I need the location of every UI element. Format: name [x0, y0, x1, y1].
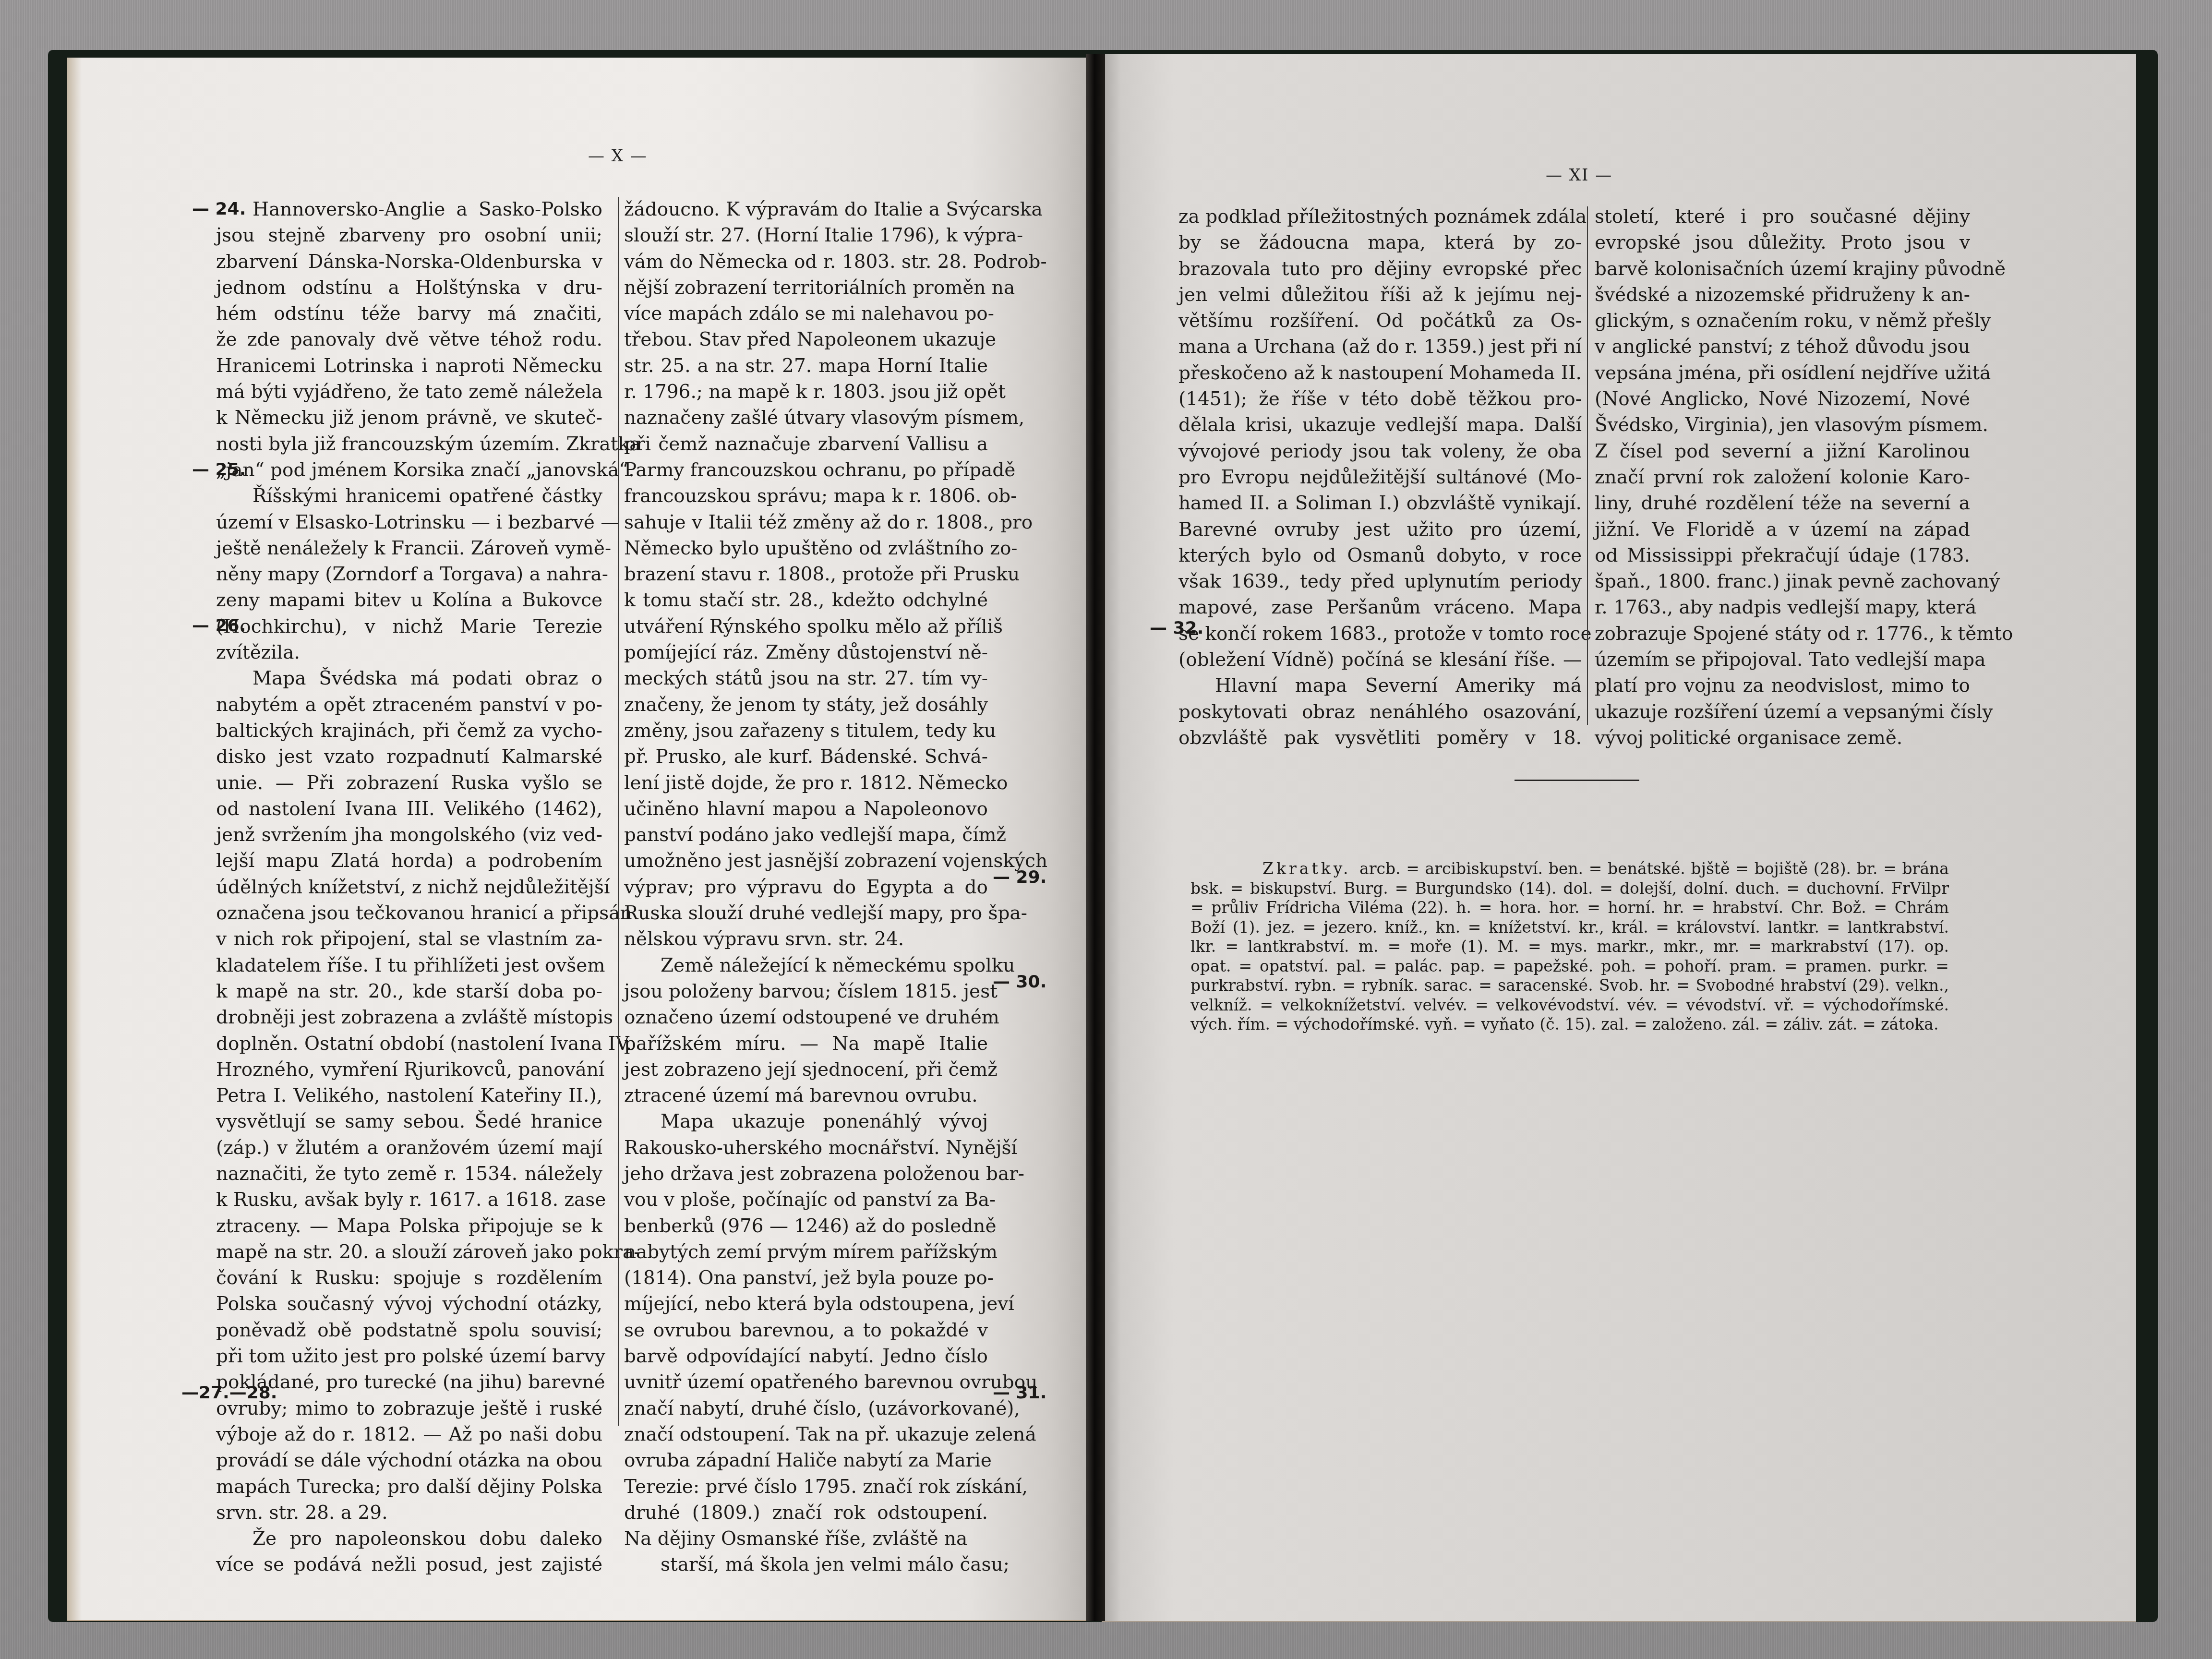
- text-line: pomíjející ráz. Změny důstojenství ně-: [624, 640, 988, 666]
- text-line: (Nové Anglicko, Nové Nizozemí, Nové: [1595, 386, 1970, 412]
- text-line: vývojové periody jsou tak voleny, že oba: [1178, 439, 1582, 465]
- section-divider: [1515, 780, 1639, 781]
- text-line: Hrozného, vymření Rjurikovců, panování: [216, 1057, 602, 1083]
- text-line: v nich rok připojení, stal se vlastním z…: [216, 926, 602, 952]
- text-line: změny, jsou zařazeny s titulem, tedy ku: [624, 718, 988, 744]
- text-line: Hannoversko-Anglie a Sasko-Polsko: [216, 197, 602, 223]
- text-line: mana a Urchana (až do r. 1359.) jest při…: [1178, 334, 1582, 360]
- text-line: Parmy francouzskou ochranu, po případě: [624, 457, 988, 483]
- text-line: baltických krajinách, při čemž za vycho-: [216, 718, 602, 744]
- text-line: naznačiti, že tyto země r. 1534. náležel…: [216, 1161, 602, 1187]
- text-line: jsou stejně zbarveny pro osobní unii;: [216, 223, 602, 249]
- text-line: str. 25. a na str. 27. mapa Horní Italie: [624, 353, 988, 379]
- abbreviation-line: vých. řím. = východořímské. vyň. = vyňat…: [1190, 1015, 1949, 1034]
- text-line: jest zobrazeno její sjednocení, při čemž: [624, 1057, 988, 1083]
- margin-marker-26: — 26.: [192, 616, 246, 636]
- text-line: od Mississippi překračují údaje (1783.: [1595, 543, 1970, 569]
- text-line: jednom odstínu a Holštýnska v dru-: [216, 275, 602, 301]
- text-line: nabytých zemí prvým mírem pařížským: [624, 1239, 988, 1265]
- margin-marker-24: — 24.: [192, 199, 246, 219]
- abbreviation-line: velkníž. = velkoknížetství. velvév. = ve…: [1190, 996, 1949, 1015]
- text-line: při tom užito jest pro polské území barv…: [216, 1344, 602, 1370]
- left-column-1: Hannoversko-Anglie a Sasko-Polskojsou st…: [216, 197, 602, 1578]
- text-line: v anglické panství; z téhož důvodu jsou: [1595, 334, 1970, 360]
- text-line: poskytovati obraz nenáhlého osazování,: [1178, 699, 1582, 725]
- text-line: nosti byla již francouzským územím. Zkra…: [216, 432, 602, 457]
- text-line: má býti vyjádřeno, že tato země náležela: [216, 379, 602, 405]
- margin-marker-29: — 29.: [993, 867, 1046, 887]
- text-line: kterých bylo od Osmanů dobyto, v roce: [1178, 543, 1582, 569]
- abbreviation-line: lkr. = lantkrabství. m. = moře (1). M. =…: [1190, 937, 1949, 957]
- text-line: učiněno hlavní mapou a Napoleonovo: [624, 796, 988, 822]
- text-line: pro Evropu nejdůležitější sultánové (Mo-: [1178, 465, 1582, 491]
- text-line: „jan“ pod jménem Korsika značí „janovská…: [216, 457, 602, 483]
- right-column-2: století, které i pro současné dějinyevro…: [1595, 204, 1970, 751]
- text-line: žádoucno. K výpravám do Italie a Svýcars…: [624, 197, 988, 223]
- text-line: dělala krisi, ukazuje vedlejší mapa. Dal…: [1178, 412, 1582, 438]
- text-line: utváření Rýnského spolku mělo až příliš: [624, 614, 988, 640]
- abbreviation-text: arcb. = arcibiskupství. ben. = benátské.…: [1359, 859, 1949, 878]
- text-line: barvě kolonisačních území krajiny původn…: [1595, 256, 1970, 282]
- text-line: provádí se dále východní otázka na obou: [216, 1448, 602, 1474]
- text-line: ztracené území má barevnou ovrubu.: [624, 1083, 988, 1109]
- text-line: drobněji jest zobrazena a zvláště místop…: [216, 1005, 602, 1031]
- text-line: mapě na str. 20. a slouží zároveň jako p…: [216, 1239, 602, 1265]
- text-line: evropské jsou důležity. Proto jsou v: [1595, 230, 1970, 256]
- text-line: nější zobrazení territoriálních proměn n…: [624, 275, 988, 301]
- text-line: míjející, nebo která byla odstoupena, je…: [624, 1291, 988, 1317]
- text-line: brazení stavu r. 1808., protože při Prus…: [624, 562, 988, 588]
- text-line: Že pro napoleonskou dobu daleko: [216, 1526, 602, 1552]
- text-line: vám do Německa od r. 1803. str. 28. Podr…: [624, 249, 988, 275]
- text-line: naznačeny zašlé útvary vlasovým písmem,: [624, 405, 988, 431]
- text-line: však 1639., tedy před uplynutím periody: [1178, 569, 1582, 595]
- text-line: jsou položeny barvou; číslem 1815. jest: [624, 979, 988, 1005]
- text-line: pařížském míru. — Na mapě Italie: [624, 1031, 988, 1057]
- text-line: vysvětlují se samy sebou. Šedé hranice: [216, 1109, 602, 1135]
- text-line: uvnitř území opatřeného barevnou ovrubou: [624, 1370, 988, 1395]
- text-line: disko jest vzato rozpadnutí Kalmarské: [216, 744, 602, 770]
- text-line: nělskou výpravu srvn. str. 24.: [624, 926, 988, 952]
- text-line: Rakousko-uherského mocnářství. Nynější: [624, 1135, 988, 1161]
- text-line: poněvadž obě podstatně spolu souvisí;: [216, 1318, 602, 1344]
- text-line: druhé (1809.) značí rok odstoupení.: [624, 1500, 988, 1526]
- text-line: (1814). Ona panství, jež byla pouze po-: [624, 1265, 988, 1291]
- text-line: více se podává nežli posud, jest zajisté: [216, 1552, 602, 1578]
- text-line: (záp.) v žlutém a oranžovém území mají: [216, 1135, 602, 1161]
- text-line: platí pro vojnu za neodvislost, mimo to: [1595, 673, 1970, 699]
- text-line: Z čísel pod severní a jižní Karolinou: [1595, 439, 1970, 465]
- text-line: od nastolení Ivana III. Velikého (1462),: [216, 796, 602, 822]
- text-line: srvn. str. 28. a 29.: [216, 1500, 602, 1526]
- text-line: značeny, že jenom ty státy, jež dosáhly: [624, 692, 988, 718]
- text-line: čování k Rusku: spojuje s rozdělením: [216, 1265, 602, 1291]
- text-line: označena jsou tečkovanou hranicí a přips…: [216, 901, 602, 926]
- text-line: většímu rozšíření. Od počátků za Os-: [1178, 308, 1582, 334]
- margin-marker-27-28: —27.—28.: [181, 1383, 277, 1403]
- text-line: lejší mapu Zlatá horda) a podrobením: [216, 848, 602, 874]
- text-line: údělných knížetství, z nichž nejdůležitě…: [216, 875, 602, 901]
- text-line: ztraceny. — Mapa Polska připojuje se k: [216, 1214, 602, 1239]
- text-line: územím se připojoval. Tato vedlejší mapa: [1595, 647, 1970, 673]
- text-line: Hlavní mapa Severní Ameriky má: [1178, 673, 1582, 699]
- abbreviation-line: Boží (1). jez. = jezero. kníž., kn. = kn…: [1190, 918, 1949, 938]
- text-line: Ruska slouží druhé vedlejší mapy, pro šp…: [624, 901, 988, 926]
- text-line: by se žádoucna mapa, která by zo-: [1178, 230, 1582, 256]
- margin-marker-25: — 25.: [192, 460, 246, 480]
- text-line: se končí rokem 1683., protože v tomto ro…: [1178, 621, 1582, 647]
- text-line: Říšskými hranicemi opatřené částky: [216, 483, 602, 509]
- abbreviation-line: opat. = opatství. pal. = palác. pap. = p…: [1190, 957, 1949, 976]
- text-line: r. 1763., aby nadpis vedlejší mapy, kter…: [1595, 595, 1970, 621]
- abbreviations-heading: Zkratky.: [1262, 859, 1359, 878]
- text-line: benberků (976 — 1246) až do posledně: [624, 1214, 988, 1239]
- text-line: k Rusku, avšak byly r. 1617. a 1618. zas…: [216, 1187, 602, 1213]
- text-line: značí nabytí, druhé číslo, (uzávorkované…: [624, 1396, 988, 1422]
- text-line: liny, druhé rozdělení téže na severní a: [1595, 491, 1970, 517]
- text-line: více mapách zdálo se mi nalehavou po-: [624, 301, 988, 327]
- text-line: vou v ploše, počínajíc od panství za Ba-: [624, 1187, 988, 1213]
- text-line: jižní. Ve Floridě a v území na západ: [1595, 517, 1970, 543]
- margin-marker-32: — 32.: [1150, 618, 1203, 638]
- text-line: př. Prusko, ale kurf. Bádenské. Schvá-: [624, 744, 988, 770]
- text-line: přeskočeno až k nastoupení Mohameda II.: [1178, 361, 1582, 386]
- text-line: výprav; pro výpravu do Egypta a do: [624, 875, 988, 901]
- abbreviation-line: Zkratky. arcb. = arcibiskupství. ben. = …: [1190, 859, 1949, 879]
- text-line: mapách Turecka; pro další dějiny Polska: [216, 1474, 602, 1500]
- text-line: že zde panovaly dvě větve téhož rodu.: [216, 327, 602, 353]
- text-line: zeny mapami bitev u Kolína a Bukovce: [216, 588, 602, 613]
- text-line: zbarvení Dánska-Norska-Oldenburska v: [216, 249, 602, 275]
- text-line: lení jistě dojde, že pro r. 1812. Německ…: [624, 770, 988, 796]
- text-line: značí první rok založení kolonie Karo-: [1595, 465, 1970, 491]
- text-line: za podklad příležitostných poznámek zdál…: [1178, 204, 1582, 230]
- page-number-left: — X —: [588, 146, 648, 166]
- text-line: kladatelem říše. I tu přihlížeti jest ov…: [216, 953, 602, 979]
- abbreviation-line: bsk. = biskupství. Burg. = Burgundsko (1…: [1190, 879, 1949, 899]
- page-number-right: — XI —: [1546, 166, 1612, 185]
- text-line: Terezie: prvé číslo 1795. značí rok získ…: [624, 1474, 988, 1500]
- text-line: umožněno jest jasnější zobrazení vojensk…: [624, 848, 988, 874]
- text-line: Švédsko, Virginia), jen vlasovým písmem.: [1595, 412, 1970, 438]
- text-line: Země náležející k německému spolku: [624, 953, 988, 979]
- margin-marker-30: — 30.: [993, 972, 1046, 992]
- text-line: francouzskou správu; mapa k r. 1806. ob-: [624, 483, 988, 509]
- text-line: Petra I. Velikého, nastolení Kateřiny II…: [216, 1083, 602, 1109]
- text-line: doplněn. Ostatní období (nastolení Ivana…: [216, 1031, 602, 1057]
- text-line: ještě nenáležely k Francii. Zároveň vymě…: [216, 536, 602, 562]
- text-line: ovruba západní Haliče nabytí za Marie: [624, 1448, 988, 1474]
- text-line: špaň., 1800. franc.) jinak pevně zachova…: [1595, 569, 1970, 595]
- text-line: panství podáno jako vedlejší mapa, čímž: [624, 822, 988, 848]
- text-line: třebou. Stav před Napoleonem ukazuje: [624, 327, 988, 353]
- text-line: glickým, s označením roku, v němž přešly: [1595, 308, 1970, 334]
- text-line: se ovrubou barevnou, a to pokaždé v: [624, 1318, 988, 1344]
- text-line: barvě odpovídající nabytí. Jedno číslo: [624, 1344, 988, 1370]
- text-line: (Hochkirchu), v nichž Marie Terezie: [216, 614, 602, 640]
- text-line: r. 1796.; na mapě k r. 1803. jsou již op…: [624, 379, 988, 405]
- text-line: švédské a nizozemské přidruženy k an-: [1595, 282, 1970, 308]
- text-line: označeno území odstoupené ve druhém: [624, 1005, 988, 1031]
- text-line: Německo bylo upuštěno od zvláštního zo-: [624, 536, 988, 562]
- text-line: ukazuje rozšíření území a vepsanými čísl…: [1595, 699, 1970, 725]
- abbreviation-line: = průliv Frídricha Viléma (22). h. = hor…: [1190, 898, 1949, 918]
- text-line: hamed II. a Soliman I.) obzvláště vynika…: [1178, 491, 1582, 517]
- text-line: výboje až do r. 1812. — Až po naši dobu: [216, 1422, 602, 1448]
- text-line: území v Elsasko-Lotrinsku — i bezbarvé —: [216, 510, 602, 536]
- text-line: jenž svržením jha mongolského (viz ved-: [216, 822, 602, 848]
- margin-marker-31: — 31.: [993, 1383, 1046, 1403]
- text-line: zobrazuje Spojené státy od r. 1776., k t…: [1595, 621, 1970, 647]
- column-divider: [618, 197, 619, 1426]
- text-line: (1451); že říše v této době těžkou pro-: [1178, 386, 1582, 412]
- text-line: obzvláště pak vysvětliti poměry v 18.: [1178, 725, 1582, 751]
- text-line: k Německu již jenom právně, ve skuteč-: [216, 405, 602, 431]
- text-line: (obležení Vídně) počíná se klesání říše.…: [1178, 647, 1582, 673]
- text-line: k tomu stačí str. 28., kdežto odchylné: [624, 588, 988, 613]
- text-line: unie. — Při zobrazení Ruska vyšlo se: [216, 770, 602, 796]
- abbreviations-block: Zkratky. arcb. = arcibiskupství. ben. = …: [1190, 859, 1949, 1034]
- book-gutter: [1086, 54, 1105, 1621]
- text-line: hém odstínu téže barvy má značiti,: [216, 301, 602, 327]
- text-line: Barevné ovruby jest užito pro území,: [1178, 517, 1582, 543]
- text-line: Polska současný vývoj východní otázky,: [216, 1291, 602, 1317]
- text-line: brazovala tuto pro dějiny evropské přec: [1178, 256, 1582, 282]
- text-line: meckých států jsou na str. 27. tím vy-: [624, 666, 988, 692]
- text-line: nabytém a opět ztraceném panství v po-: [216, 692, 602, 718]
- text-line: značí odstoupení. Tak na př. ukazuje zel…: [624, 1422, 988, 1448]
- text-line: něny mapy (Zorndorf a Torgava) a nahra-: [216, 562, 602, 588]
- text-line: starší, má škola jen velmi málo času;: [624, 1552, 988, 1578]
- text-line: k mapě na str. 20., kde starší doba po-: [216, 979, 602, 1005]
- left-column-2: žádoucno. K výpravám do Italie a Svýcars…: [624, 197, 988, 1578]
- text-line: při čemž naznačuje zbarvení Vallisu a: [624, 432, 988, 457]
- right-column-1: za podklad příležitostných poznámek zdál…: [1178, 204, 1582, 751]
- column-divider: [1587, 206, 1588, 725]
- text-line: slouží str. 27. (Horní Italie 1796), k v…: [624, 223, 988, 249]
- text-line: století, které i pro současné dějiny: [1595, 204, 1970, 230]
- text-line: vepsána jména, při osídlení nejdříve uži…: [1595, 361, 1970, 386]
- text-line: Mapa ukazuje ponenáhlý vývoj: [624, 1109, 988, 1135]
- text-line: Na dějiny Osmanské říše, zvláště na: [624, 1526, 988, 1552]
- text-line: Hranicemi Lotrinska i naproti Německu: [216, 353, 602, 379]
- text-line: zvítězila.: [216, 640, 602, 666]
- abbreviation-line: purkrabství. rybn. = rybník. sarac. = sa…: [1190, 976, 1949, 996]
- text-line: Mapa Švédska má podati obraz o: [216, 666, 602, 692]
- text-line: mapové, zase Peršanům vráceno. Mapa: [1178, 595, 1582, 621]
- text-line: jen velmi důležitou říši až k jejímu nej…: [1178, 282, 1582, 308]
- text-line: vývoj politické organisace země.: [1595, 725, 1970, 751]
- text-line: sahuje v Italii též změny až do r. 1808.…: [624, 510, 988, 536]
- text-line: jeho država jest zobrazena položenou bar…: [624, 1161, 988, 1187]
